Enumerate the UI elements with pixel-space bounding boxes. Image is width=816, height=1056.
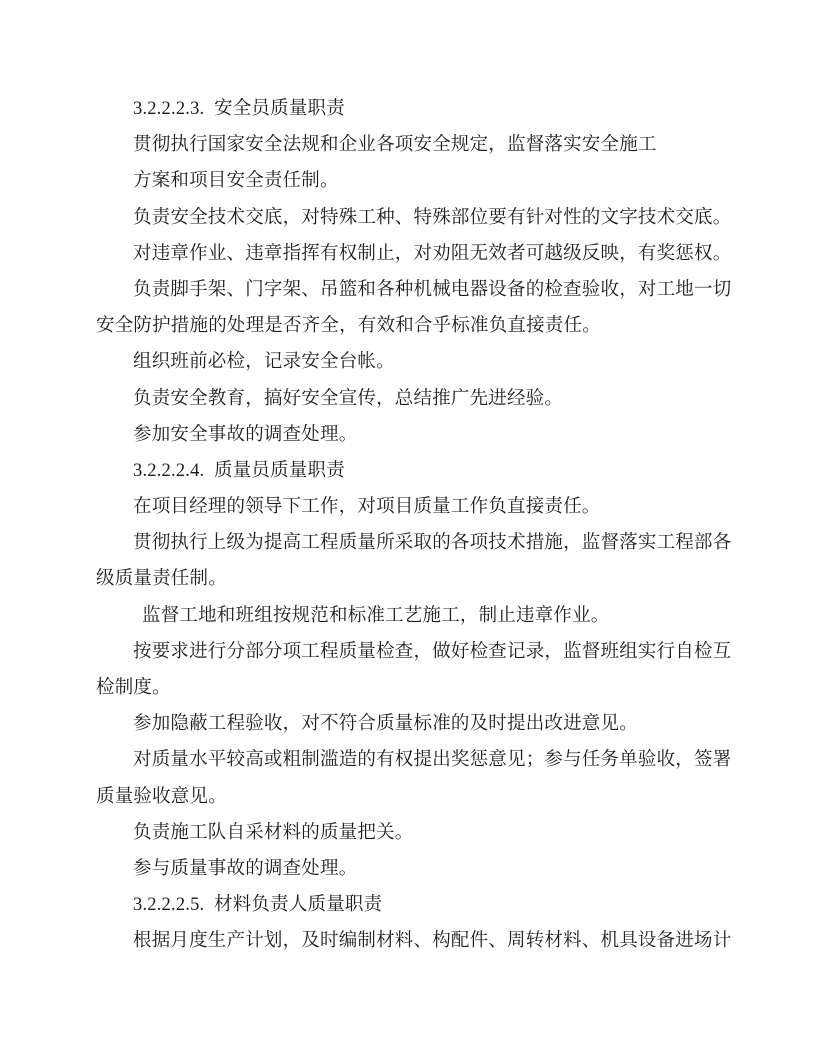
text-line: 3.2.2.2.5. 材料负责人质量职责 — [96, 887, 720, 923]
text-line: 在项目经理的领导下工作，对项目质量工作负直接责任。 — [96, 489, 720, 525]
text-line: 组织班前必检，记录安全台帐。 — [96, 344, 720, 380]
text-line: 贯彻执行国家安全法规和企业各项安全规定，监督落实安全施工 — [96, 127, 720, 163]
text-line: 参与质量事故的调查处理。 — [96, 851, 720, 887]
text-line: 对违章作业、违章指挥有权制止，对劝阻无效者可越级反映，有奖惩权。 — [96, 236, 720, 272]
text-line: 参加安全事故的调查处理。 — [96, 417, 720, 453]
text-line: 负责安全教育，搞好安全宣传，总结推广先进经验。 — [96, 381, 720, 417]
document-page: 3.2.2.2.3. 安全员质量职责贯彻执行国家安全法规和企业各项安全规定，监督… — [0, 0, 816, 1056]
text-line: 质量验收意见。 — [96, 779, 720, 815]
text-line: 3.2.2.2.4. 质量员质量职责 — [96, 453, 720, 489]
text-line: 监督工地和班组按规范和标准工艺施工，制止违章作业。 — [96, 598, 720, 634]
text-line: 负责安全技术交底，对特殊工种、特殊部位要有针对性的文字技术交底。 — [96, 200, 720, 236]
text-line: 根据月度生产计划，及时编制材料、构配件、周转材料、机具设备进场计 — [96, 923, 720, 959]
document-body: 3.2.2.2.3. 安全员质量职责贯彻执行国家安全法规和企业各项安全规定，监督… — [96, 91, 720, 960]
text-line: 检制度。 — [96, 670, 720, 706]
text-line: 对质量水平较高或粗制滥造的有权提出奖惩意见；参与任务单验收，签署 — [96, 742, 720, 778]
text-line: 按要求进行分部分项工程质量检查，做好检查记录，监督班组实行自检互 — [96, 634, 720, 670]
text-line: 级质量责任制。 — [96, 561, 720, 597]
text-line: 安全防护措施的处理是否齐全，有效和合乎标准负直接责任。 — [96, 308, 720, 344]
text-line: 负责施工队自采材料的质量把关。 — [96, 815, 720, 851]
text-line: 贯彻执行上级为提高工程质量所采取的各项技术措施，监督落实工程部各 — [96, 525, 720, 561]
text-line: 参加隐蔽工程验收，对不符合质量标准的及时提出改进意见。 — [96, 706, 720, 742]
text-line: 负责脚手架、门字架、吊篮和各种机械电器设备的检查验收，对工地一切 — [96, 272, 720, 308]
text-line: 3.2.2.2.3. 安全员质量职责 — [96, 91, 720, 127]
text-line: 方案和项目安全责任制。 — [96, 163, 720, 199]
